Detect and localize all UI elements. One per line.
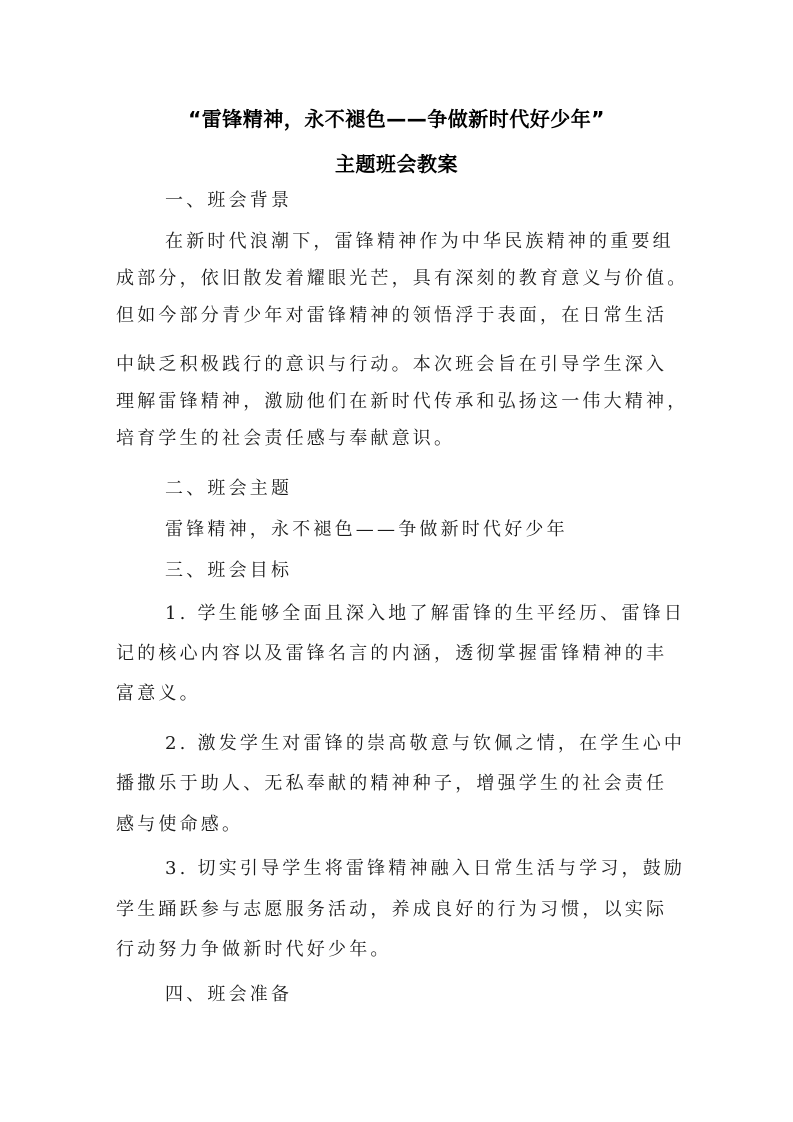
paragraph-line: 中缺乏积极践行的意识与行动。本次班会旨在引导学生深入 <box>116 354 678 376</box>
section-heading-goals: 三、班会目标 <box>165 560 678 582</box>
goal-line: 行动努力争做新时代好少年。 <box>116 939 678 961</box>
section-heading-background: 一、班会背景 <box>165 190 678 212</box>
document-title: “雷锋精神，永不褪色——争做新时代好少年” <box>0 103 793 132</box>
goal-line: 播撒乐于助人、无私奉献的精神种子，增强学生的社会责任 <box>116 773 678 795</box>
goal-line: 1. 学生能够全面且深入地了解雷锋的生平经历、雷锋日 <box>165 603 678 625</box>
paragraph-line: 理解雷锋精神，激励他们在新时代传承和弘扬这一伟大精神， <box>116 391 678 413</box>
document-page: “雷锋精神，永不褪色——争做新时代好少年” 主题班会教案 一、班会背景 在新时代… <box>0 0 793 1122</box>
goal-line: 富意义。 <box>116 683 678 705</box>
theme-text: 雷锋精神，永不褪色——争做新时代好少年 <box>165 519 678 541</box>
goal-line: 学生踊跃参与志愿服务活动，养成良好的行为习惯，以实际 <box>116 899 678 921</box>
section-heading-theme: 二、班会主题 <box>165 478 678 500</box>
section-heading-preparation: 四、班会准备 <box>165 984 678 1006</box>
goal-line: 记的核心内容以及雷锋名言的内涵，透彻掌握雷锋精神的丰 <box>116 643 678 665</box>
goal-line: 感与使命感。 <box>116 814 678 836</box>
paragraph-line: 培育学生的社会责任感与奉献意识。 <box>116 428 678 450</box>
goal-line: 2. 激发学生对雷锋的崇高敬意与钦佩之情，在学生心中 <box>165 733 678 755</box>
paragraph-line: 在新时代浪潮下，雷锋精神作为中华民族精神的重要组 <box>165 231 678 253</box>
paragraph-line: 但如今部分青少年对雷锋精神的领悟浮于表面，在日常生活 <box>116 305 678 327</box>
goal-line: 3. 切实引导学生将雷锋精神融入日常生活与学习，鼓励 <box>165 858 678 880</box>
paragraph-line: 成部分，依旧散发着耀眼光芒，具有深刻的教育意义与价值。 <box>116 268 678 290</box>
document-subtitle: 主题班会教案 <box>0 148 793 177</box>
